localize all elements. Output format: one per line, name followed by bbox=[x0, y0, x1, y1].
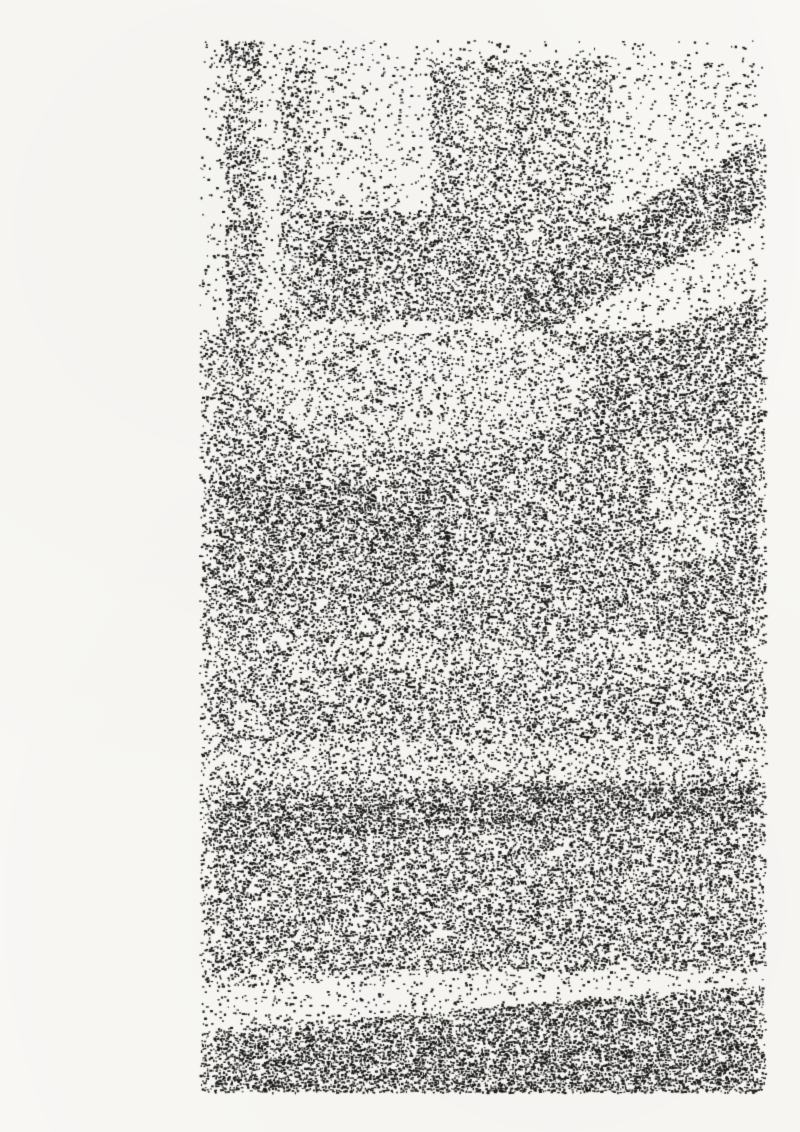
stipple-artwork bbox=[0, 0, 800, 1132]
